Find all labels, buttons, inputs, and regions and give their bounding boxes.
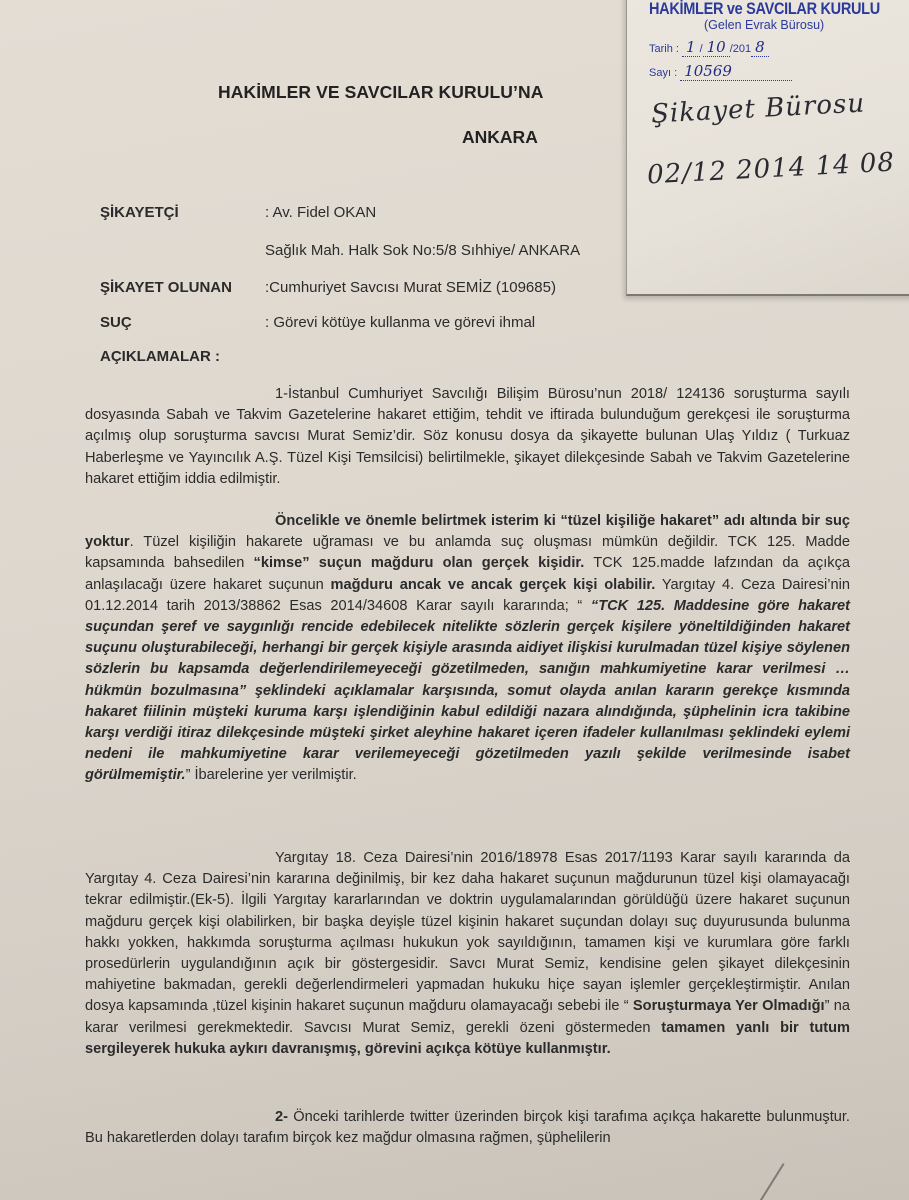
stamp-note: HAKİMLER ve SAVCILAR KURULU (Gelen Evrak… (626, 0, 909, 296)
handwritten-office: Şikayet Bürosu (650, 88, 865, 129)
stamp-organization: HAKİMLER ve SAVCILAR KURULU (649, 0, 880, 18)
paragraph-1: 1-İstanbul Cumhuriyet Savcılığı Bilişim … (85, 384, 850, 490)
stamp-date-month: 10 (703, 38, 730, 57)
handwritten-timestamp: 02/12 2014 14 08 (646, 148, 895, 191)
paragraph-4: 2- Önceki tarihlerde twitter üzerinden b… (85, 1107, 850, 1149)
stamp-number-row: Sayı : 10569 (649, 62, 880, 80)
complaint-letter-page: HAKİMLER VE SAVCILAR KURULU’NA ANKARA Şİ… (0, 0, 909, 1200)
pen-mark (757, 1163, 784, 1200)
offense-value: : Görevi kötüye kullanma ve görevi ihmal (265, 314, 535, 331)
complainant-label: ŞİKAYETÇİ (100, 204, 179, 221)
addressee-heading: HAKİMLER VE SAVCILAR KURULU’NA (218, 82, 543, 103)
stamp-number-value: 10569 (680, 62, 792, 81)
stamp-date-year: 8 (751, 38, 769, 57)
paragraph-2: Öncelikle ve önemle belirtmek isterim ki… (85, 511, 850, 787)
addressee-city: ANKARA (462, 127, 538, 148)
complainant-address: Sağlık Mah. Halk Sok No:5/8 Sıhhiye/ ANK… (265, 242, 580, 259)
stamp-date-day: 1 (682, 38, 700, 57)
receipt-stamp: HAKİMLER ve SAVCILAR KURULU (Gelen Evrak… (649, 0, 880, 80)
court-decision-quote: “TCK 125. Maddesine göre hakaret suçunda… (85, 598, 850, 784)
complainant-value: : Av. Fidel OKAN (265, 204, 376, 221)
stamp-office: (Gelen Evrak Bürosu) (704, 18, 880, 32)
accused-value: :Cumhuriyet Savcısı Murat SEMİZ (109685) (265, 279, 556, 296)
accused-label: ŞİKAYET OLUNAN (100, 279, 232, 296)
explanations-label: AÇIKLAMALAR : (100, 348, 220, 365)
offense-label: SUÇ (100, 314, 132, 331)
paragraph-3: Yargıtay 18. Ceza Dairesi’nin 2016/18978… (85, 848, 850, 1060)
stamp-date-row: Tarih : 1/10/2018 (649, 38, 880, 56)
